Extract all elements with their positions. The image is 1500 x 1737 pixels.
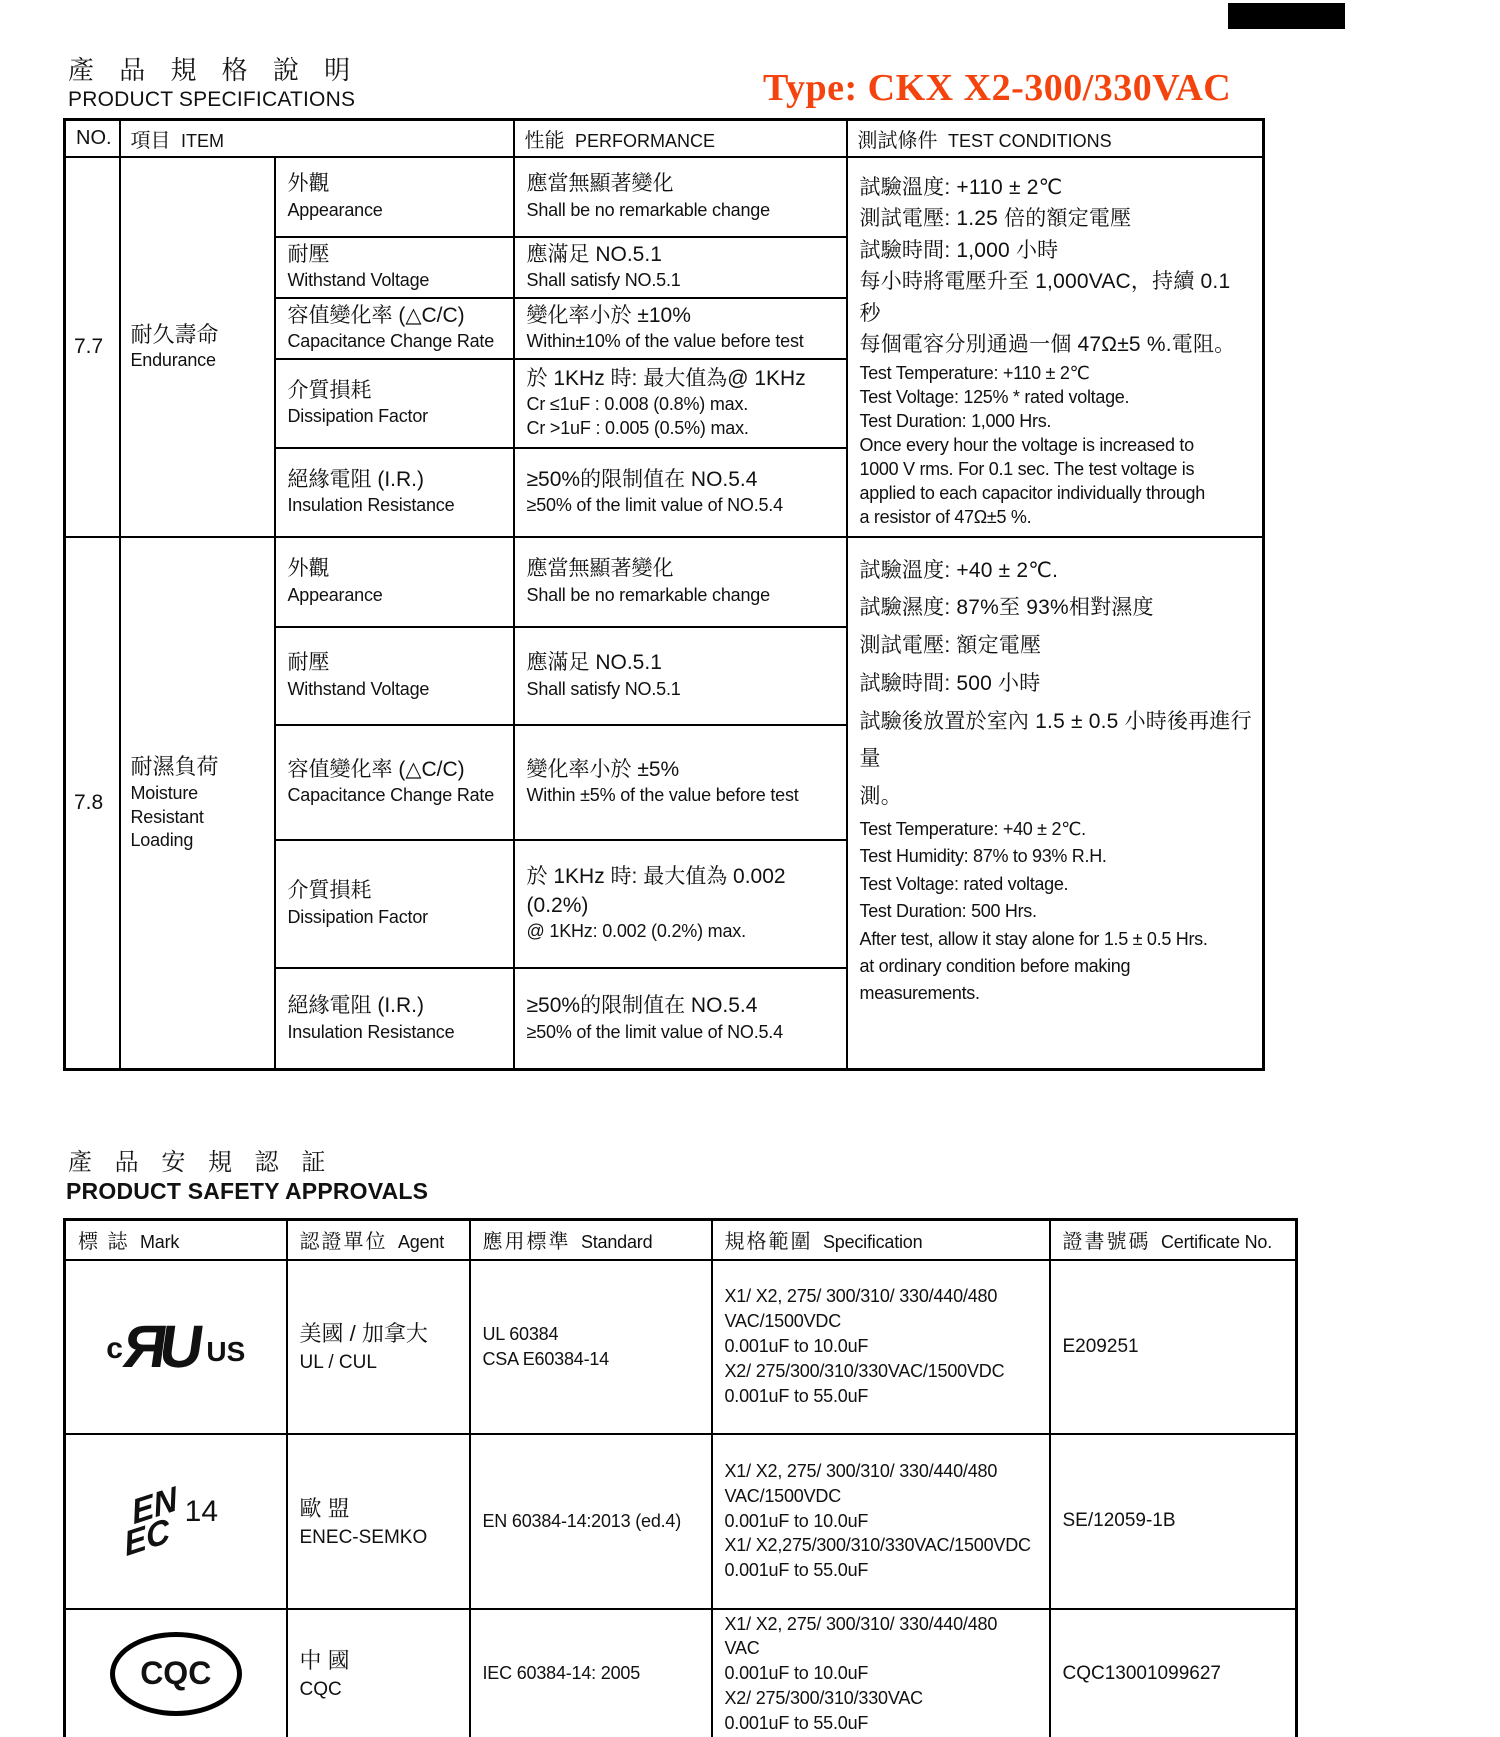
table-row: 7.8 耐濕負荷 Moisture Resistant Loading 外觀 A… <box>65 537 1264 627</box>
section-item-zh: 耐濕負荷 <box>131 752 264 782</box>
specification-cell: X1/ X2, 275/ 300/310/ 330/440/480 VAC/15… <box>712 1434 1050 1609</box>
section-endurance: 7.7 耐久壽命 Endurance 外觀 Appearance 應當無顯著變化… <box>65 157 1264 537</box>
col-header-item: 項目 ITEM <box>120 120 514 157</box>
test-conditions-en: Test Temperature: +110 ± 2℃ Test Voltage… <box>860 361 1255 530</box>
section-item: 耐濕負荷 Moisture Resistant Loading <box>120 537 275 1070</box>
agent-cell: 歐 盟 ENEC-SEMKO <box>287 1434 470 1609</box>
test-conditions-zh: 試驗溫度: +110 ± 2℃ 測試電壓: 1.25 倍的額定電壓 試驗時間: … <box>860 172 1255 361</box>
standard-cell: EN 60384-14:2013 (ed.4) <box>470 1434 712 1609</box>
spec-row-label: 介質損耗 Dissipation Factor <box>275 359 514 448</box>
spec-row-label: 介質損耗 Dissipation Factor <box>275 840 514 968</box>
safety-approvals-title-zh: 產 品 安 規 認 証 <box>68 1142 333 1177</box>
section-item-zh: 耐久壽命 <box>131 320 264 350</box>
col-header-agent: 認證單位 Agent <box>287 1220 470 1260</box>
spec-row-performance: 於 1KHz 時: 最大值為 0.002 (0.2%) @ 1KHz: 0.00… <box>514 840 847 968</box>
spec-row-label: 絕緣電阻 (I.R.) Insulation Resistance <box>275 448 514 537</box>
col-header-no: NO. <box>65 120 120 157</box>
certificate-cell: CQC13001099627 <box>1050 1609 1297 1737</box>
col-header-test-conditions-zh: 測試條件 <box>858 130 938 152</box>
col-header-performance: 性能 PERFORMANCE <box>514 120 847 157</box>
col-header-specification: 規格範圍 Specification <box>712 1220 1050 1260</box>
mark-cell: ENEC 14 <box>65 1434 287 1609</box>
col-header-test-conditions: 測試條件 TEST CONDITIONS <box>847 120 1264 157</box>
agent-cell: 中 國 CQC <box>287 1609 470 1737</box>
spec-row-performance: 變化率小於 ±5% Within ±5% of the value before… <box>514 725 847 840</box>
mark-cell: CQC <box>65 1609 287 1737</box>
safety-approvals-table: 標 誌 Mark 認證單位 Agent 應用標準 Standard 規格範圍 S… <box>63 1218 1298 1737</box>
specification-cell: X1/ X2, 275/ 300/310/ 330/440/480 VAC/15… <box>712 1260 1050 1434</box>
page-title-zh: 產 品 規 格 說 明 <box>68 50 359 87</box>
page-title-en: PRODUCT SPECIFICATIONS <box>68 88 355 112</box>
col-header-test-conditions-en: TEST CONDITIONS <box>948 131 1112 151</box>
document-page: 產 品 規 格 說 明 PRODUCT SPECIFICATIONS Type:… <box>0 0 1500 1737</box>
spec-row-label: 耐壓 Withstand Voltage <box>275 237 514 298</box>
spec-row-label: 絕緣電阻 (I.R.) Insulation Resistance <box>275 968 514 1070</box>
spec-header-row: NO. 項目 ITEM 性能 PERFORMANCE 測試條件 TEST CON… <box>65 120 1264 157</box>
safety-approvals-title-en: PRODUCT SAFETY APPROVALS <box>66 1178 428 1205</box>
mark-cell: c ЯU US <box>65 1260 287 1434</box>
spec-row-performance: 應滿足 NO.5.1 Shall satisfy NO.5.1 <box>514 237 847 298</box>
spec-row-label: 耐壓 Withstand Voltage <box>275 627 514 725</box>
cqc-logo: CQC <box>110 1632 242 1716</box>
specification-cell: X1/ X2, 275/ 300/310/ 330/440/480 VAC 0.… <box>712 1609 1050 1737</box>
section-item-en: Endurance <box>131 349 264 373</box>
section-no: 7.7 <box>65 157 120 537</box>
col-header-no-label: NO. <box>76 127 112 149</box>
col-header-item-zh: 項目 <box>131 130 171 152</box>
col-header-item-en: ITEM <box>181 131 224 151</box>
section-test-conditions: 試驗溫度: +40 ± 2℃. 試驗濕度: 87%至 93%相對濕度 測試電壓:… <box>847 537 1264 1070</box>
spec-row-performance: 應當無顯著變化 Shall be no remarkable change <box>514 157 847 237</box>
product-specifications-table: NO. 項目 ITEM 性能 PERFORMANCE 測試條件 TEST CON… <box>63 118 1265 1071</box>
table-row: c ЯU US 美國 / 加拿大 UL / CUL UL 60384 CSA E… <box>65 1260 1297 1434</box>
approvals-header-row: 標 誌 Mark 認證單位 Agent 應用標準 Standard 規格範圍 S… <box>65 1220 1297 1260</box>
section-item-en: Moisture Resistant Loading <box>131 782 264 853</box>
spec-row-performance: 應滿足 NO.5.1 Shall satisfy NO.5.1 <box>514 627 847 725</box>
spec-row-label: 外觀 Appearance <box>275 537 514 627</box>
scan-artifact-bar <box>1228 3 1345 29</box>
spec-row-label: 容值變化率 (△C/C) Capacitance Change Rate <box>275 298 514 359</box>
table-row: CQC 中 國 CQC IEC 60384-14: 2005 X1/ X2, 2… <box>65 1609 1297 1737</box>
spec-row-label: 外觀 Appearance <box>275 157 514 237</box>
col-header-certificate: 證書號碼 Certificate No. <box>1050 1220 1297 1260</box>
spec-row-performance: ≥50%的限制值在 NO.5.4 ≥50% of the limit value… <box>514 968 847 1070</box>
standard-cell: UL 60384 CSA E60384-14 <box>470 1260 712 1434</box>
section-moisture-resistant-loading: 7.8 耐濕負荷 Moisture Resistant Loading 外觀 A… <box>65 537 1264 1070</box>
spec-row-performance: 應當無顯著變化 Shall be no remarkable change <box>514 537 847 627</box>
agent-cell: 美國 / 加拿大 UL / CUL <box>287 1260 470 1434</box>
certificate-cell: E209251 <box>1050 1260 1297 1434</box>
spec-row-performance: 於 1KHz 時: 最大值為@ 1KHz Cr ≤1uF : 0.008 (0.… <box>514 359 847 448</box>
section-item: 耐久壽命 Endurance <box>120 157 275 537</box>
spec-row-performance: 變化率小於 ±10% Within±10% of the value befor… <box>514 298 847 359</box>
standard-cell: IEC 60384-14: 2005 <box>470 1609 712 1737</box>
test-conditions-en: Test Temperature: +40 ± 2℃. Test Humidit… <box>860 816 1255 1008</box>
spec-row-label: 容值變化率 (△C/C) Capacitance Change Rate <box>275 725 514 840</box>
col-header-mark: 標 誌 Mark <box>65 1220 287 1260</box>
certificate-cell: SE/12059-1B <box>1050 1434 1297 1609</box>
test-conditions-zh: 試驗溫度: +40 ± 2℃. 試驗濕度: 87%至 93%相對濕度 測試電壓:… <box>860 552 1255 817</box>
spec-row-performance: ≥50%的限制值在 NO.5.4 ≥50% of the limit value… <box>514 448 847 537</box>
col-header-performance-zh: 性能 <box>525 130 565 152</box>
section-test-conditions: 試驗溫度: +110 ± 2℃ 測試電壓: 1.25 倍的額定電壓 試驗時間: … <box>847 157 1264 537</box>
col-header-performance-en: PERFORMANCE <box>575 131 715 151</box>
col-header-standard: 應用標準 Standard <box>470 1220 712 1260</box>
product-type-label: Type: CKX X2-300/330VAC <box>763 66 1231 110</box>
table-row: ENEC 14 歐 盟 ENEC-SEMKO EN 60384-14:2013 … <box>65 1434 1297 1609</box>
table-row: 7.7 耐久壽命 Endurance 外觀 Appearance 應當無顯著變化… <box>65 157 1264 237</box>
enec-logo: ENEC 14 <box>66 1493 286 1549</box>
section-no: 7.8 <box>65 537 120 1070</box>
cULus-logo: c ЯU US <box>66 1321 286 1372</box>
